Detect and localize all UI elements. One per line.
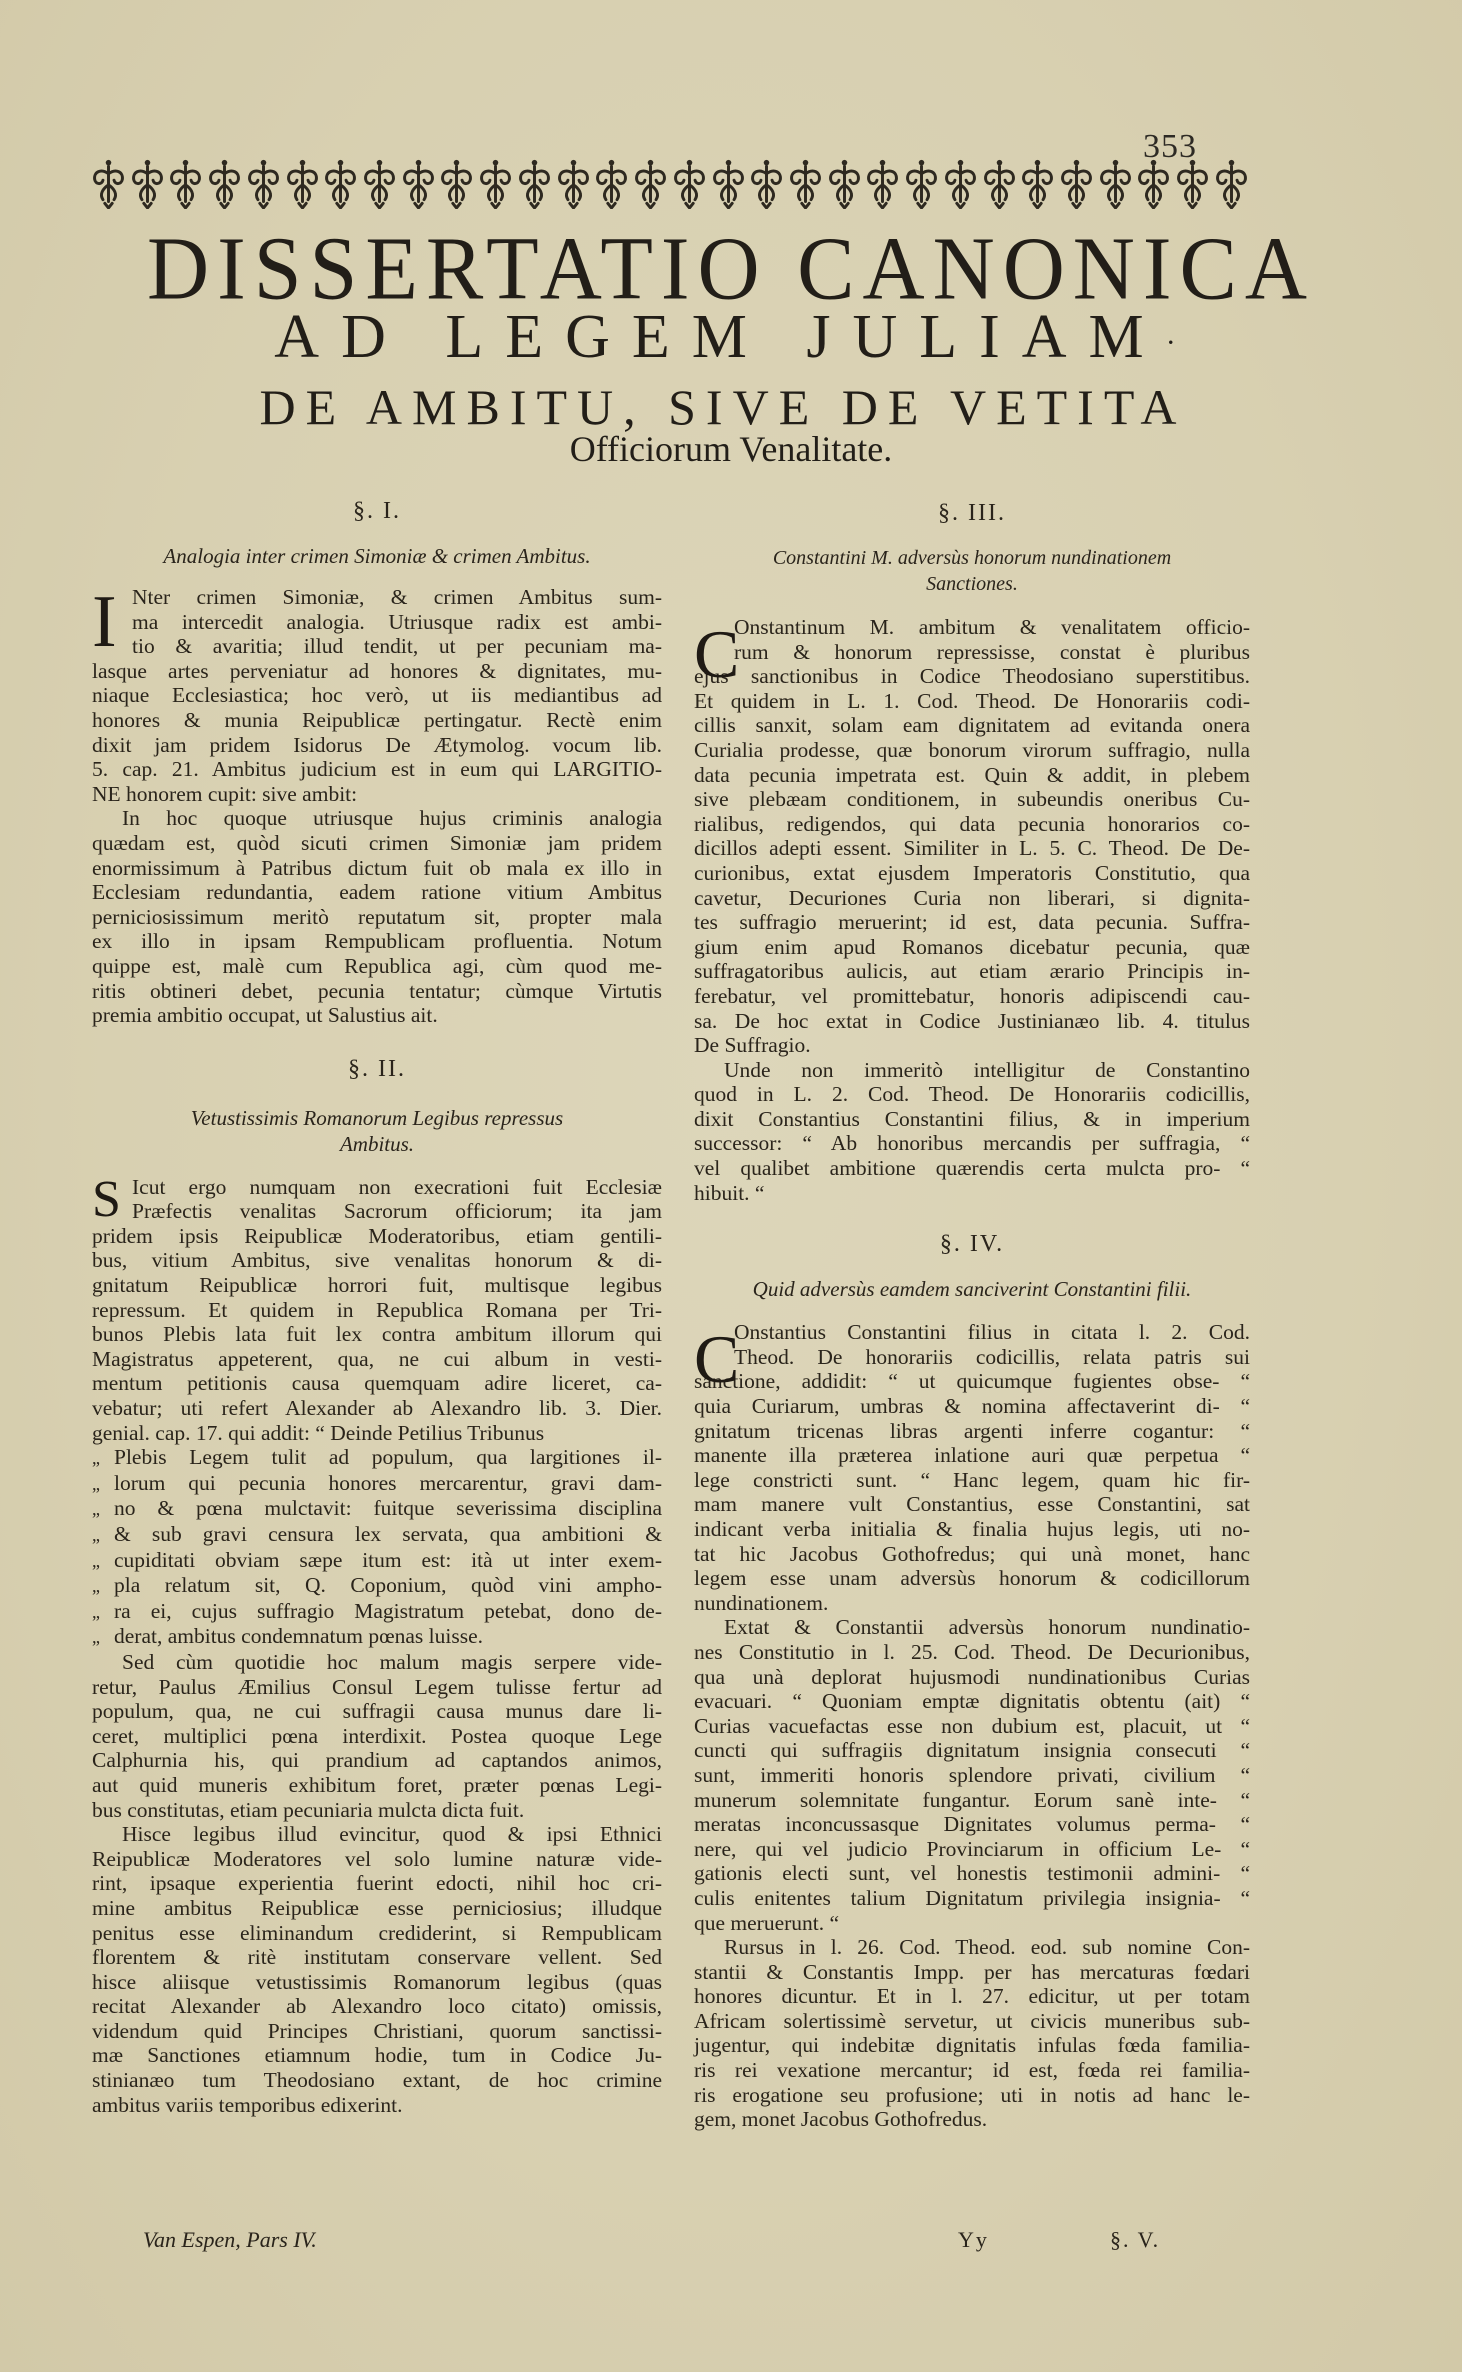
text-line: niaque Ecclesiastica; hoc verò, ut iis m…: [92, 683, 662, 708]
fleuron-icon: [864, 157, 901, 209]
text-line: „ra ei, cujus suffragio Magistratum pete…: [92, 1599, 662, 1625]
quote-mark: „: [92, 1497, 114, 1522]
lines: Icut ergo numquam non execrationi fuit E…: [92, 1175, 662, 1446]
text-line: sive plebæam conditionem, in subeundis o…: [694, 787, 1250, 812]
text-line: stantii & Constantis Impp. per has merca…: [694, 1960, 1250, 1985]
text-line: gium enim apud Romanos dicebatur pecunia…: [694, 935, 1250, 960]
fleuron-icon: [1213, 157, 1250, 209]
paragraph-s3-p1: C Onstantinum M. ambitum & venalitatem o…: [694, 615, 1250, 1058]
drop-cap-S: S: [92, 1175, 121, 1225]
text-line: meratas inconcussasque Dignitates volumu…: [694, 1812, 1250, 1837]
text-line: florentem & ritè institutam conservare v…: [92, 1945, 662, 1970]
quote-mark: „: [92, 1523, 114, 1548]
text-line: curionibus, extat ejusdem Imperatoris Co…: [694, 861, 1250, 886]
drop-cap-C: C: [694, 619, 739, 689]
text-line: jugentur, qui indebitæ dignitatis infula…: [694, 2033, 1250, 2058]
text-line: bunos Plebis lata fuit lex contra ambitu…: [92, 1322, 662, 1347]
section-title-1: Analogia inter crimen Simoniæ & crimen A…: [92, 543, 662, 569]
left-column: §. I. Analogia inter crimen Simoniæ & cr…: [92, 490, 662, 2117]
quoted-passage-petilius: „Plebis Legem tulit ad populum, qua larg…: [92, 1445, 662, 1650]
text-line: dixit jam pridem Isidorus De Ætymolog. v…: [92, 733, 662, 758]
text-line: Rursus in l. 26. Cod. Theod. eod. sub no…: [694, 1935, 1250, 1960]
text-line: 5. cap. 21. Ambitus judicium est in eum …: [92, 757, 662, 782]
text-line: quia Curiarum, umbras & nomina affectave…: [694, 1394, 1250, 1419]
text-line: bus constitutas, etiam pecuniaria mulcta…: [92, 1798, 662, 1823]
text-line: Ecclesiam redundantia, eadem ratione vit…: [92, 880, 662, 905]
fleuron-icon: [1135, 157, 1172, 209]
fleuron-icon: [826, 157, 863, 209]
fleuron-icon: [942, 157, 979, 209]
text-line: De Suffragio.: [694, 1033, 1250, 1058]
text-line: bus, vitium Ambitus, sive venalitas hono…: [92, 1248, 662, 1273]
lines: Rursus in l. 26. Cod. Theod. eod. sub no…: [694, 1935, 1250, 2132]
text-line: „lorum qui pecunia honores mercarentur, …: [92, 1471, 662, 1497]
text-line: suffragatoribus aulicis, aut etiam ærari…: [694, 959, 1250, 984]
paragraph-s2-p2: Sed cùm quotidie hoc malum magis serpere…: [92, 1650, 662, 1822]
fleuron-icon: [322, 157, 359, 209]
paragraph-s4-p3: Rursus in l. 26. Cod. Theod. eod. sub no…: [694, 1935, 1250, 2132]
signature-mark: Yy: [958, 2227, 989, 2253]
fleuron-icon: [206, 157, 243, 209]
lines: Onstantius Constantini filius in citata …: [694, 1320, 1250, 1615]
text-line: sunt, immeriti honoris splendore privati…: [694, 1763, 1250, 1788]
text-line: Calphurnia his, qui prandium ad captando…: [92, 1748, 662, 1773]
text-line: mentum petitionis causa quemquam adire l…: [92, 1371, 662, 1396]
lines: Unde non immeritò intelligitur de Consta…: [694, 1058, 1250, 1206]
text-line: Præfectis venalitas Sacrorum officiorum;…: [92, 1199, 662, 1224]
fleuron-ornament-band: [90, 148, 1250, 218]
text-line: ferebatur, vel promittebatur, honoris ad…: [694, 984, 1250, 1009]
paragraph-s1-p2: In hoc quoque utriusque hujus criminis a…: [92, 806, 662, 1027]
text-line: aut quid muneris exhibitum foret, præter…: [92, 1773, 662, 1798]
text-line: recitat Alexander ab Alexandro loco cita…: [92, 1994, 662, 2019]
lines: Extat & Constantii adversùs honorum nund…: [694, 1615, 1250, 1935]
text-line: que meruerunt. “: [694, 1911, 1250, 1936]
text-line: ex illo in ipsam Rempublicam profluentia…: [92, 929, 662, 954]
fleuron-icon: [284, 157, 321, 209]
text-line: mam manere vult Constantius, esse Consta…: [694, 1492, 1250, 1517]
text-line: qua unà deplorat hujusmodi nundinationib…: [694, 1665, 1250, 1690]
text-line: rialibus, redigendos, qui data pecunia h…: [694, 812, 1250, 837]
paragraph-s4-p2: Extat & Constantii adversùs honorum nund…: [694, 1615, 1250, 1935]
text-line: mine ambitus Reipublicæ esse perniciosiu…: [92, 1896, 662, 1921]
text-line: retur, Paulus Æmilius Consul Legem tulis…: [92, 1675, 662, 1700]
text-line: culis enitentes talium Dignitatum privil…: [694, 1886, 1250, 1911]
fleuron-icon: [981, 157, 1018, 209]
fleuron-icon: [632, 157, 669, 209]
text-line: ma intercedit analogia. Utriusque radix …: [92, 610, 662, 635]
fleuron-icon: [438, 157, 475, 209]
text-line: Onstantius Constantini filius in citata …: [694, 1320, 1250, 1345]
text-line: perniciosissimum meritò reputatum sit, p…: [92, 905, 662, 930]
text-line: „cupiditati obviam sæpe itum est: ità ut…: [92, 1548, 662, 1574]
section-mark-4: §. IV.: [694, 1231, 1250, 1258]
text-line: hisce aliisque vetustissimis Romanorum l…: [92, 1970, 662, 1995]
paragraph-s1-p1: I Nter crimen Simoniæ, & crimen Ambitus …: [92, 585, 662, 806]
fleuron-icon: [787, 157, 824, 209]
text-line: sanctione, addidit: “ ut quicumque fugie…: [694, 1369, 1250, 1394]
text-line: Sed cùm quotidie hoc malum magis serpere…: [92, 1650, 662, 1675]
title-line-2-dot: ·: [1166, 326, 1176, 359]
fleuron-icon: [593, 157, 630, 209]
text-line: rint, ipsaque experientia fuerint edocti…: [92, 1871, 662, 1896]
text-line: dicillos adepti essent. Similiter in L. …: [694, 836, 1250, 861]
text-line: penitus esse eliminandum crediderint, si…: [92, 1921, 662, 1946]
text-line: repressum. Et quidem in Republica Romana…: [92, 1298, 662, 1323]
text-line: gem, monet Jacobus Gothofredus.: [694, 2107, 1250, 2132]
section-mark-1: §. I.: [92, 498, 662, 525]
text-line: NE honorem cupit: sive ambit:: [92, 782, 662, 807]
text-line: „no & pœna mulctavit: fuitque severissim…: [92, 1496, 662, 1522]
text-line: Curialia prodesse, quæ bonorum virorum s…: [694, 738, 1250, 763]
lines: In hoc quoque utriusque hujus criminis a…: [92, 806, 662, 1027]
fleuron-icon: [555, 157, 592, 209]
lines: Sed cùm quotidie hoc malum magis serpere…: [92, 1650, 662, 1822]
text-line: premia ambitio occupat, ut Salustius ait…: [92, 1003, 662, 1028]
fleuron-icon: [1019, 157, 1056, 209]
text-line: quædam est, quòd sicuti crimen Simoniæ j…: [92, 831, 662, 856]
section-title-2-l2: Ambitus.: [92, 1131, 662, 1157]
fleuron-icon: [477, 157, 514, 209]
fleuron-icon: [167, 157, 204, 209]
text-line: videndum quid Principes Christiani, quor…: [92, 2019, 662, 2044]
text-line: honores dicuntur. Et in l. 27. edicitur,…: [694, 1984, 1250, 2009]
section-title-2-l1: Vetustissimis Romanorum Legibus repressu…: [92, 1105, 662, 1131]
title-line-2: AD LEGEM JULIAM·: [0, 302, 1456, 373]
text-line: Theod. De honorariis codicillis, relata …: [694, 1345, 1250, 1370]
fleuron-icon: [400, 157, 437, 209]
text-line: In hoc quoque utriusque hujus criminis a…: [92, 806, 662, 831]
text-line: evacuari. “ Quoniam emptæ dignitatis obt…: [694, 1689, 1250, 1714]
text-line: honores & munia Reipublicæ pertingatur. …: [92, 708, 662, 733]
text-line: Unde non immeritò intelligitur de Consta…: [694, 1058, 1250, 1083]
text-line: populum, qua, ne cui suffragii causa mun…: [92, 1699, 662, 1724]
text-line: quod in L. 2. Cod. Theod. De Honorariis …: [694, 1082, 1250, 1107]
text-line: quippe est, malè cum Republica agi, cùm …: [92, 954, 662, 979]
text-line: ris rei vexatione mercantur; id est, fœd…: [694, 2058, 1250, 2083]
paragraph-s2-p1: S Icut ergo numquam non execrationi fuit…: [92, 1175, 662, 1446]
section-title-4: Quid adversùs eamdem sanciverint Constan…: [694, 1276, 1250, 1302]
text-line: vebatur; uti refert Alexander ab Alexand…: [92, 1396, 662, 1421]
text-line: nes Constitutio in l. 25. Cod. Theod. De…: [694, 1640, 1250, 1665]
text-line: cuncti qui suffragiis dignitatum insigni…: [694, 1738, 1250, 1763]
text-line: tat hic Jacobus Gothofredus; qui unà mon…: [694, 1542, 1250, 1567]
text-line: nundinationem.: [694, 1591, 1250, 1616]
drop-cap-I: I: [92, 587, 117, 657]
text-line: Africam solertissimè servetur, ut civici…: [694, 2009, 1250, 2034]
section-title-3-l1: Constantini M. adversùs honorum nundinat…: [694, 545, 1250, 571]
quote-mark: „: [92, 1446, 114, 1471]
text-line: gationis electi sunt, vel honestis testi…: [694, 1861, 1250, 1886]
paragraph-s2-p3: Hisce legibus illud evincitur, quod & ip…: [92, 1822, 662, 2117]
quote-mark: „: [92, 1574, 114, 1599]
fleuron-icon: [748, 157, 785, 209]
text-line: lasque artes perveniatur ad honores & di…: [92, 659, 662, 684]
text-line: stinianæo tum Theodosiano extant, de hoc…: [92, 2068, 662, 2093]
text-line: nere, qui vel judicio Provinciarum in of…: [694, 1837, 1250, 1862]
text-line: Extat & Constantii adversùs honorum nund…: [694, 1615, 1250, 1640]
section-mark-3: §. III.: [694, 500, 1250, 527]
text-line: mæ Sanctiones etiamnum hodie, tum in Cod…: [92, 2043, 662, 2068]
fleuron-icon: [129, 157, 166, 209]
fleuron-icon: [1058, 157, 1095, 209]
section-title-3-l2: Sanctiones.: [694, 571, 1250, 597]
fleuron-icon: [671, 157, 708, 209]
lines: Onstantinum M. ambitum & venalitatem off…: [694, 615, 1250, 1058]
text-line: pridem ipsis Reipublicæ Moderatoribus, e…: [92, 1224, 662, 1249]
fleuron-icon: [1097, 157, 1134, 209]
text-line: Et quidem in L. 1. Cod. Theod. De Honora…: [694, 689, 1250, 714]
text-line: cavetur, Decuriones Curia non liberari, …: [694, 886, 1250, 911]
text-line: rum & honorum repressisse, constat è plu…: [694, 640, 1250, 665]
text-line: ambitus variis temporibus edixerint.: [92, 2093, 662, 2118]
text-line: Icut ergo numquam non execrationi fuit E…: [92, 1175, 662, 1200]
running-footer-title: Van Espen, Pars IV.: [143, 2227, 317, 2253]
quote-mark: „: [92, 1472, 114, 1497]
text-line: Magistratus appeterent, qua, ne cui albu…: [92, 1347, 662, 1372]
text-line: Hisce legibus illud evincitur, quod & ip…: [92, 1822, 662, 1847]
text-line: data pecunia impetrata est. Quin & addit…: [694, 763, 1250, 788]
fleuron-icon: [903, 157, 940, 209]
text-line: gnitatum Reipublicæ horrori fuit, multis…: [92, 1273, 662, 1298]
text-line: „Plebis Legem tulit ad populum, qua larg…: [92, 1445, 662, 1471]
text-line: „pla relatum sit, Q. Coponium, quòd vini…: [92, 1573, 662, 1599]
text-line: tes suffragio meruerint; id est, data pe…: [694, 910, 1250, 935]
title-line-4: Officiorum Venalitate.: [0, 428, 1462, 470]
text-line: vel qualibet ambitione quærendis certa m…: [694, 1156, 1250, 1181]
paragraph-s3-p2: Unde non immeritò intelligitur de Consta…: [694, 1058, 1250, 1206]
title-line-2-text: AD LEGEM JULIAM: [274, 303, 1165, 371]
text-line: cillis sanxit, solam eam dignitatem ad e…: [694, 713, 1250, 738]
quote-mark: „: [92, 1549, 114, 1574]
text-line: ritis obtineri debet, pecunia tentatur; …: [92, 979, 662, 1004]
text-line: ceret, multiplici pœna interdixit. Poste…: [92, 1724, 662, 1749]
text-line: indicant verba initialia & finalia hujus…: [694, 1517, 1250, 1542]
text-line: lege constricti sunt. “ Hanc legem, quam…: [694, 1468, 1250, 1493]
fleuron-icon: [710, 157, 747, 209]
fleuron-icon: [361, 157, 398, 209]
text-line: legem esse unam adversùs honorum & codic…: [694, 1566, 1250, 1591]
text-line: „derat, ambitus condemnatum pœnas luisse…: [92, 1624, 662, 1650]
fleuron-icon: [90, 157, 127, 209]
text-line: Nter crimen Simoniæ, & crimen Ambitus su…: [92, 585, 662, 610]
text-line: successor: “ Ab honoribus mercandis per …: [694, 1131, 1250, 1156]
text-line: munerum solemnitate fungantur. Eorum san…: [694, 1788, 1250, 1813]
fleuron-icon: [516, 157, 553, 209]
text-line: gnitatum tricenas libras argenti inferre…: [694, 1419, 1250, 1444]
right-column: §. III. Constantini M. adversùs honorum …: [694, 500, 1250, 2132]
text-line: „& sub gravi censura lex servata, qua am…: [92, 1522, 662, 1548]
paragraph-s4-p1: C Onstantius Constantini filius in citat…: [694, 1320, 1250, 1615]
catchword: §. V.: [1110, 2227, 1160, 2253]
text-line: Onstantinum M. ambitum & venalitatem off…: [694, 615, 1250, 640]
text-line: genial. cap. 17. qui addit: “ Deinde Pet…: [92, 1421, 662, 1446]
quote-mark: „: [92, 1600, 114, 1625]
lines: Hisce legibus illud evincitur, quod & ip…: [92, 1822, 662, 2117]
fleuron-icon: [1174, 157, 1211, 209]
text-line: hibuit. “: [694, 1181, 1250, 1206]
lines: „Plebis Legem tulit ad populum, qua larg…: [92, 1445, 662, 1650]
quote-mark: „: [92, 1625, 114, 1650]
text-line: manente illa præterea inlatione auri quæ…: [694, 1443, 1250, 1468]
text-line: enormissimum à Patribus dictum fuit ob m…: [92, 856, 662, 881]
text-line: Curias vacuefactas esse non dubium est, …: [694, 1714, 1250, 1739]
text-line: Reipublicæ Moderatores vel solo lumine n…: [92, 1847, 662, 1872]
text-line: tio & avaritia; illud tendit, ut per pec…: [92, 634, 662, 659]
drop-cap-C: C: [694, 1324, 739, 1394]
lines: Nter crimen Simoniæ, & crimen Ambitus su…: [92, 585, 662, 806]
text-line: ejus sanctionibus in Codice Theodosiano …: [694, 664, 1250, 689]
text-line: sa. De hoc extat in Codice Justinianæo l…: [694, 1009, 1250, 1034]
section-mark-2: §. II.: [92, 1056, 662, 1083]
text-line: dixit Constantius Constantini filius, & …: [694, 1107, 1250, 1132]
fleuron-icon: [245, 157, 282, 209]
text-line: ris erogatione seu profusione; uti in no…: [694, 2083, 1250, 2108]
